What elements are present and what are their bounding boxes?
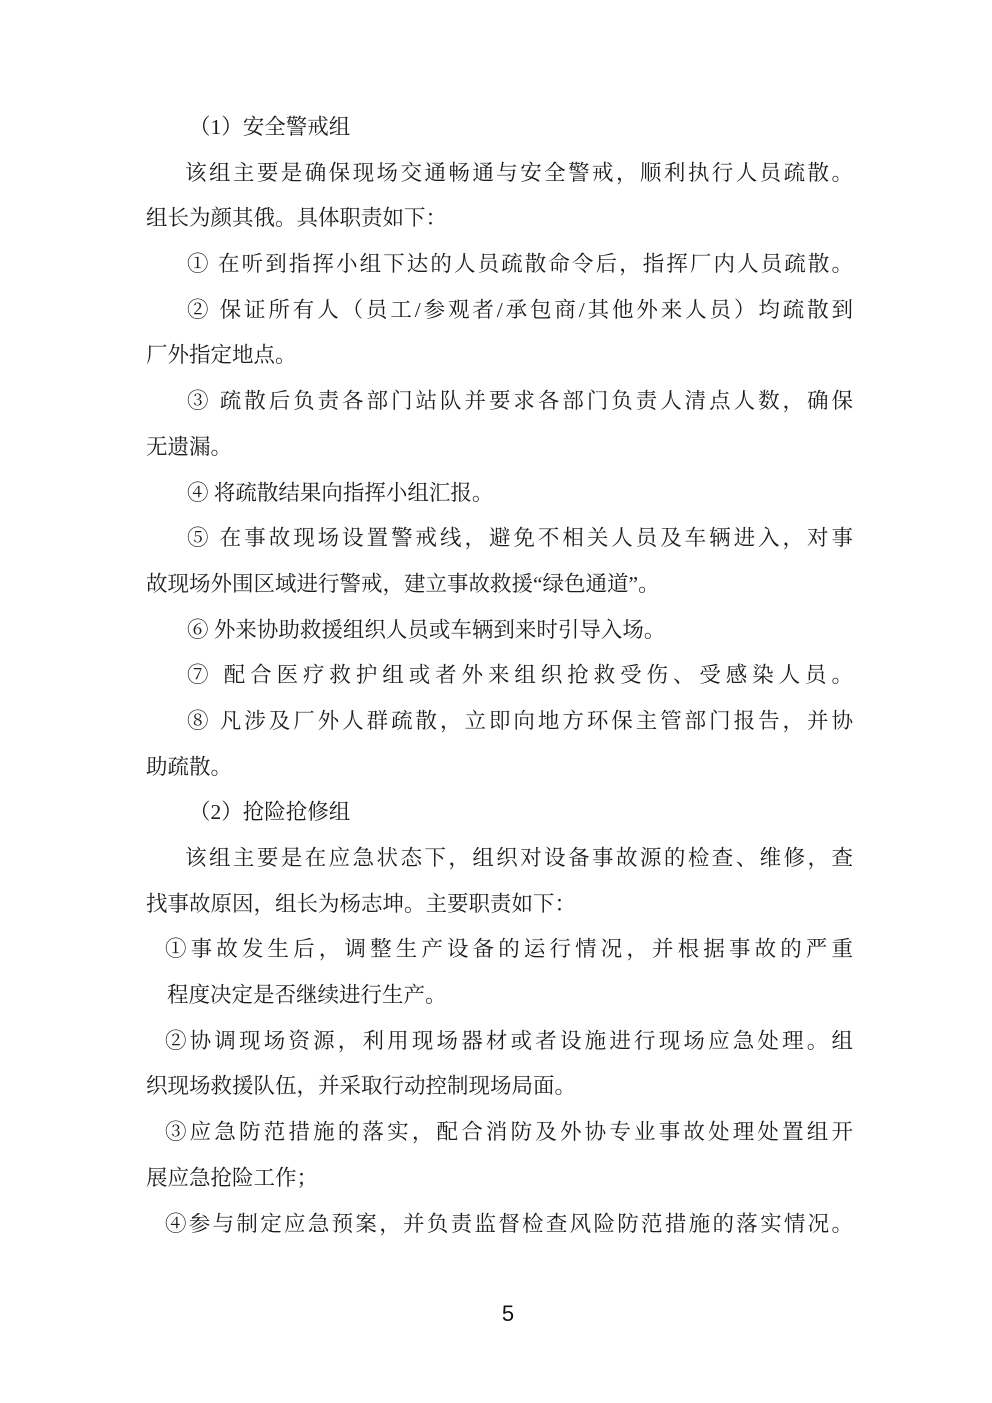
numbered-item-line: ① 在听到指挥小组下达的人员疏散命令后，指挥厂内人员疏散。: [146, 242, 853, 288]
numbered-item-line: ⑤ 在事故现场设置警戒线，避免不相关人员及车辆进入，对事: [146, 516, 853, 562]
numbered-item-line: ② 保证所有人（员工/参观者/承包商/其他外来人员）均疏散到: [146, 288, 853, 334]
document-text-block: （1）安全警戒组 该组主要是确保现场交通畅通与安全警戒，顺利执行人员疏散。 组长…: [146, 105, 853, 1247]
body-line: 厂外指定地点。: [146, 333, 853, 379]
body-line: 程度决定是否继续进行生产。: [146, 973, 853, 1019]
body-line: 该组主要是在应急状态下，组织对设备事故源的检查、维修，查: [146, 836, 853, 882]
numbered-item-line: ③ 疏散后负责各部门站队并要求各部门负责人清点人数，确保: [146, 379, 853, 425]
body-line: 织现场救援队伍，并采取行动控制现场局面。: [146, 1064, 853, 1110]
section-heading: （2）抢险抢修组: [146, 790, 853, 836]
numbered-item-line: ⑦ 配合医疗救护组或者外来组织抢救受伤、受感染人员。: [146, 653, 853, 699]
body-line: 找事故原因，组长为杨志坤。主要职责如下：: [146, 882, 853, 928]
body-line: 展应急抢险工作；: [146, 1156, 853, 1202]
numbered-item-line: ①事故发生后，调整生产设备的运行情况，并根据事故的严重: [146, 927, 853, 973]
document-page: （1）安全警戒组 该组主要是确保现场交通畅通与安全警戒，顺利执行人员疏散。 组长…: [0, 0, 992, 1403]
numbered-item-line: ③应急防范措施的落实，配合消防及外协专业事故处理处置组开: [146, 1110, 853, 1156]
body-line: 该组主要是确保现场交通畅通与安全警戒，顺利执行人员疏散。: [146, 151, 853, 197]
body-line: 无遗漏。: [146, 425, 853, 471]
numbered-item-line: ⑧ 凡涉及厂外人群疏散，立即向地方环保主管部门报告，并协: [146, 699, 853, 745]
page-number: 5: [0, 1301, 992, 1327]
body-line: 故现场外围区域进行警戒，建立事故救援“绿色通道”。: [146, 562, 853, 608]
section-heading: （1）安全警戒组: [146, 105, 853, 151]
numbered-item-line: ④参与制定应急预案，并负责监督检查风险防范措施的落实情况。: [146, 1202, 853, 1248]
numbered-item-line: ②协调现场资源，利用现场器材或者设施进行现场应急处理。组: [146, 1019, 853, 1065]
numbered-item-line: ④ 将疏散结果向指挥小组汇报。: [146, 471, 853, 517]
body-line: 组长为颜其俄。具体职责如下：: [146, 196, 853, 242]
body-line: 助疏散。: [146, 745, 853, 791]
numbered-item-line: ⑥ 外来协助救援组织人员或车辆到来时引导入场。: [146, 608, 853, 654]
